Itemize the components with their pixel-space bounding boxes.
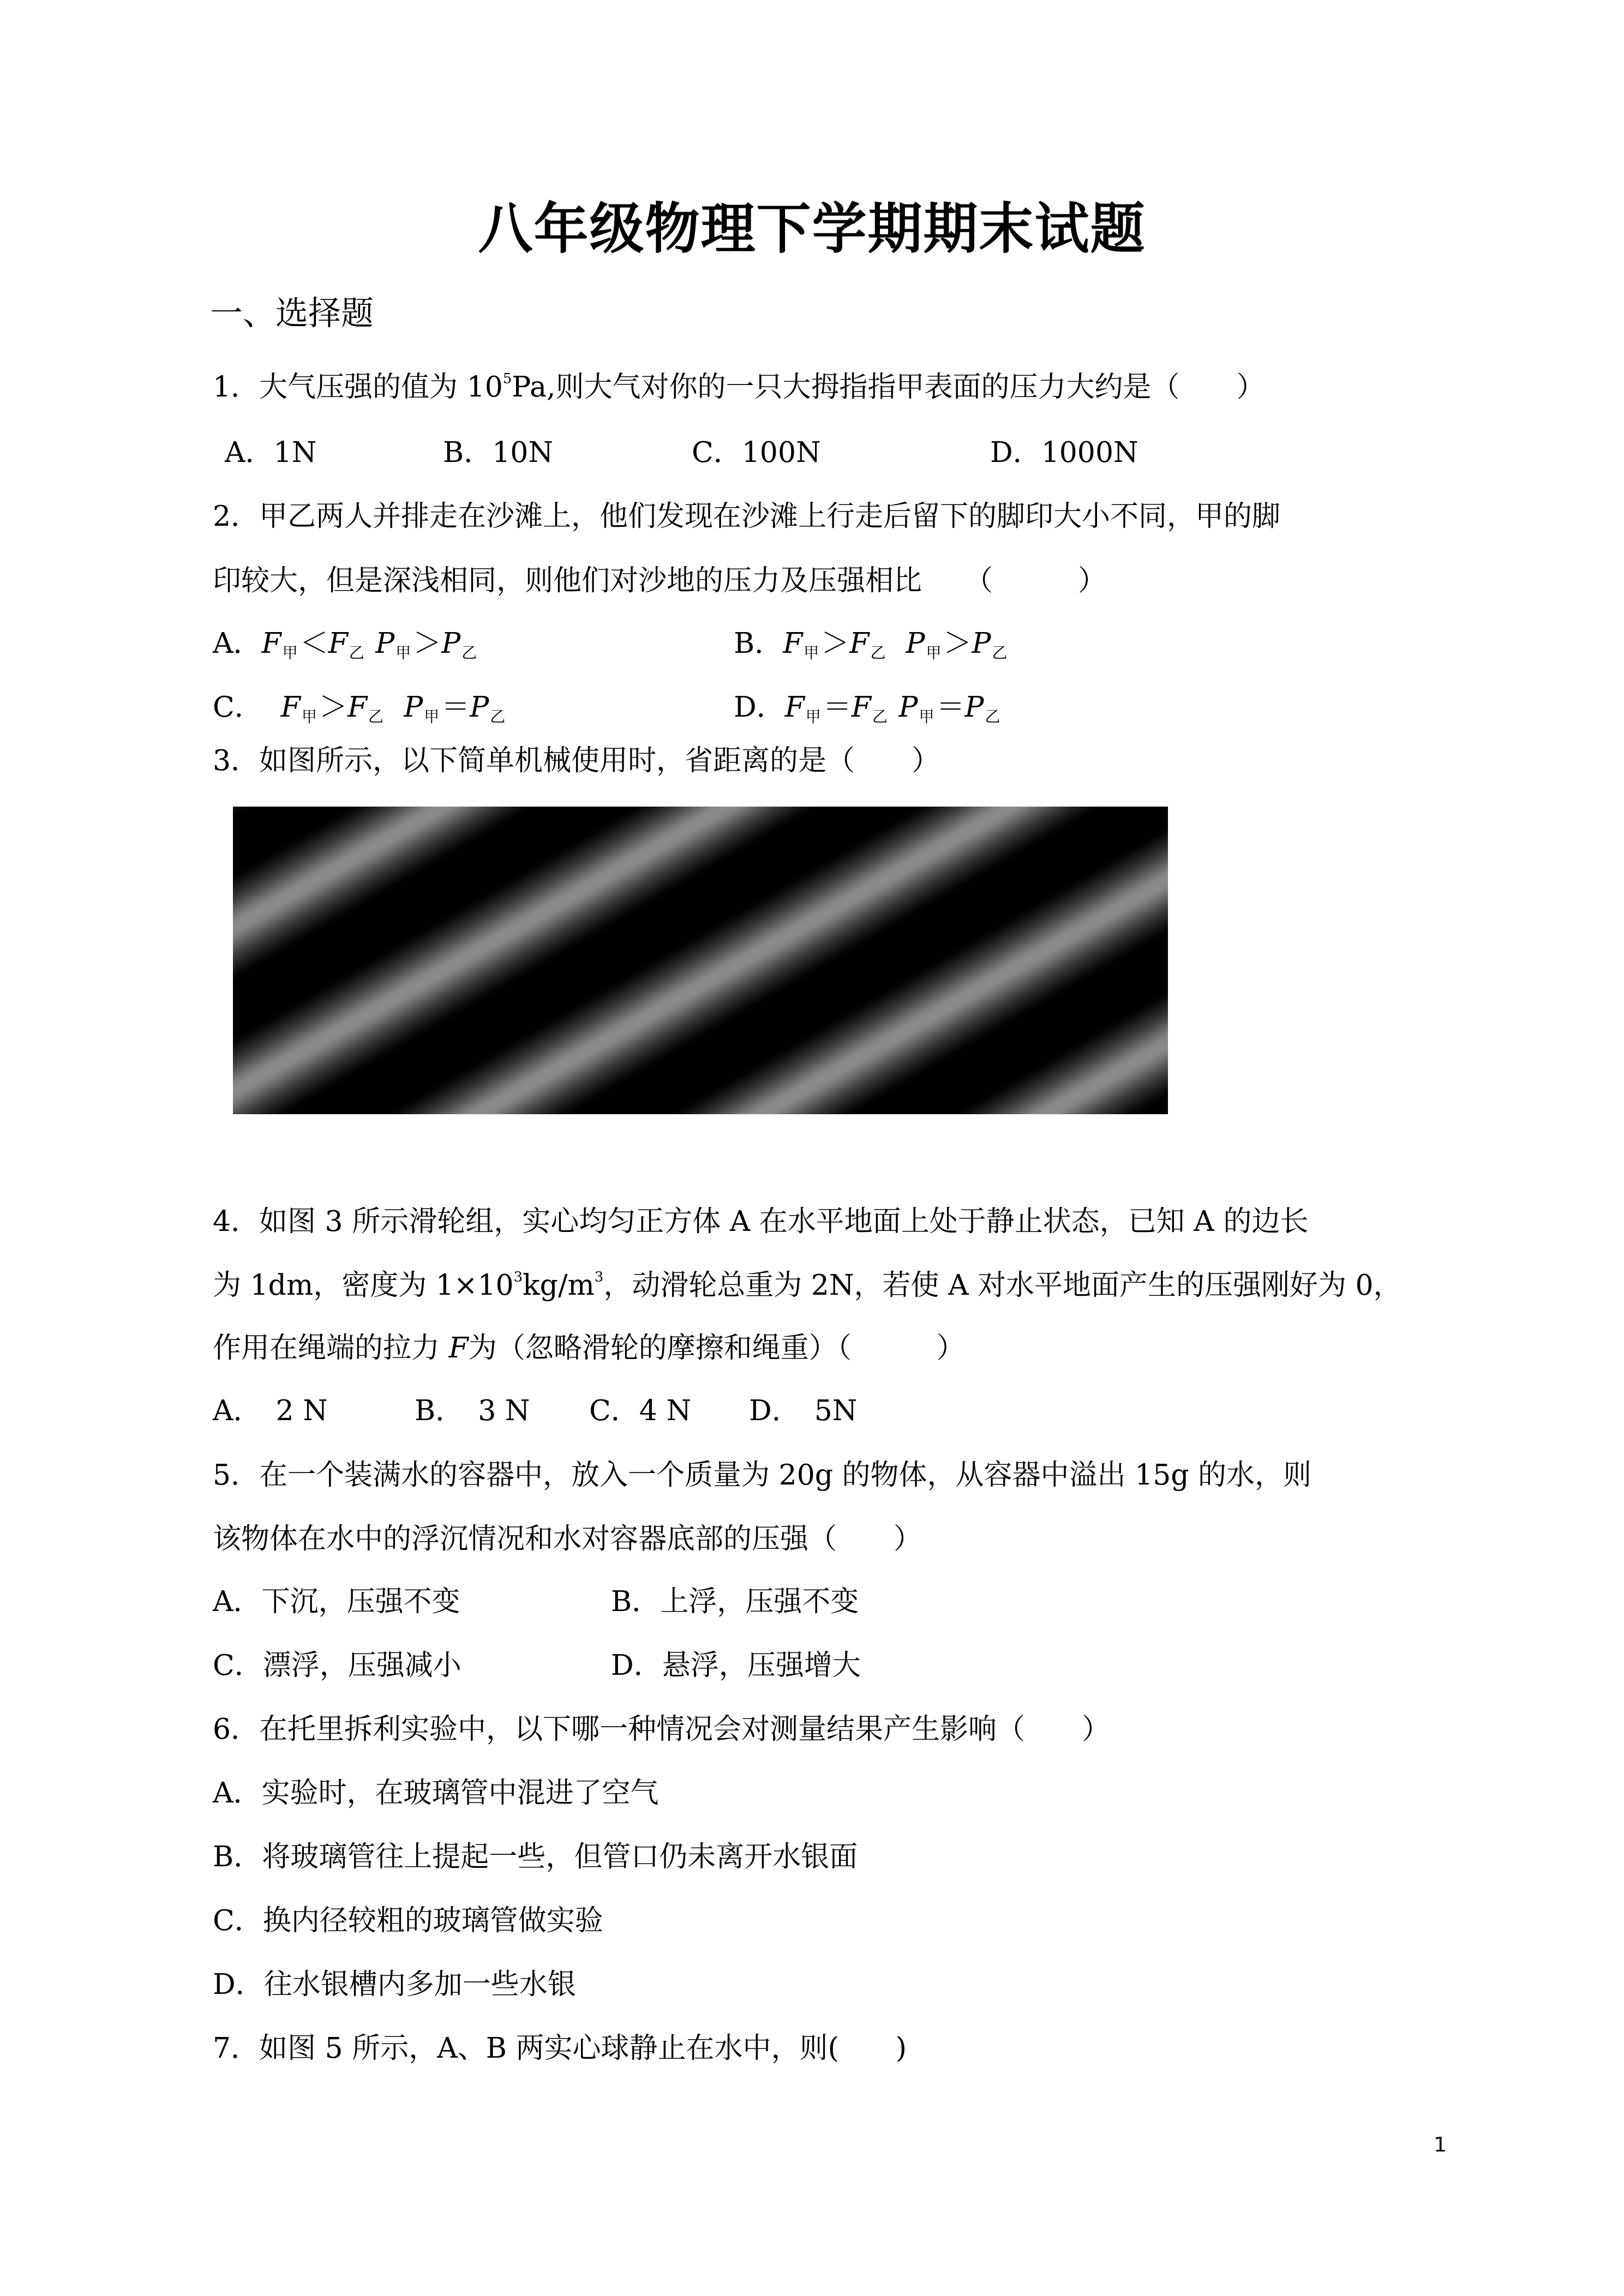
q4-option-c[interactable]: C．4 N <box>589 1392 691 1430</box>
question-5-stem-line-1: 5．在一个装满水的容器中，放入一个质量为 20g 的物体，从容器中溢出 15g … <box>213 1456 1311 1494</box>
q1-option-c[interactable]: C．100N <box>692 434 821 472</box>
section-heading: 一、选择题 <box>210 292 374 335</box>
q4-force-symbol: F <box>449 1332 469 1365</box>
q1-exponent: 5 <box>503 371 512 387</box>
question-4-stem-line-1: 4．如图 3 所示滑轮组，实心均匀正方体 A 在水平地面上处于静止状态，已知 A… <box>213 1203 1308 1241</box>
q4-text-c: 作用在绳端的拉力 <box>213 1332 449 1365</box>
q2-option-c[interactable]: C． F甲＞F乙 P甲＝P乙 <box>213 688 507 726</box>
question-5-stem-line-2: 该物体在水中的浮沉情况和水对容器底部的压强（ ） <box>213 1520 922 1558</box>
q4-unit: kg/m <box>523 1269 595 1302</box>
q2-option-c-prefix: C． <box>213 691 263 724</box>
q5-option-b[interactable]: B．上浮，压强不变 <box>611 1583 859 1621</box>
q4-text-b: ，动滑轮总重为 2N，若使 A 对水平地面产生的压强刚好为 0， <box>603 1269 1401 1302</box>
q1-option-a[interactable]: A．1N <box>225 434 316 472</box>
q6-option-b[interactable]: B．将玻璃管往上提起一些，但管口仍未离开水银面 <box>213 1838 858 1876</box>
figure-placeholder-image <box>233 807 1168 1114</box>
q4-unit-exponent: 3 <box>595 1269 604 1285</box>
q6-option-a[interactable]: A．实验时，在玻璃管中混进了空气 <box>213 1774 659 1812</box>
q4-option-a[interactable]: A． 2 N <box>213 1392 328 1430</box>
question-7-stem: 7．如图 5 所示，A、B 两实心球静止在水中，则( ) <box>213 2029 907 2067</box>
question-2-stem-line-1: 2．甲乙两人并排走在沙滩上，他们发现在沙滩上行走后留下的脚印大小不同，甲的脚 <box>213 497 1280 536</box>
exam-page: 八年级物理下学期期末试题 一、选择题 1．大气压强的值为 105Pa,则大气对你… <box>0 0 1624 2296</box>
q1-text-b: Pa,则大气对你的一只大拇指指甲表面的压力大约是（ ） <box>512 371 1265 404</box>
q2-option-a-prefix: A． <box>213 627 262 660</box>
q5-option-d[interactable]: D．悬浮，压强增大 <box>611 1646 861 1685</box>
question-1-stem: 1．大气压强的值为 105Pa,则大气对你的一只大拇指指甲表面的压力大约是（ ） <box>213 368 1265 406</box>
q5-option-c[interactable]: C．漂浮，压强减小 <box>213 1646 462 1685</box>
question-2-stem-line-2: 印较大，但是深浅相同，则他们对沙地的压力及压强相比 （ ） <box>213 562 1106 600</box>
q4-text-a: 为 1dm，密度为 1×10 <box>213 1269 514 1302</box>
page-title: 八年级物理下学期期末试题 <box>0 194 1624 265</box>
question-3-figure <box>233 807 1168 1114</box>
q2-option-b[interactable]: B．F甲＞F乙 P甲＞P乙 <box>734 624 1010 663</box>
q1-option-d[interactable]: D．1000N <box>990 434 1138 472</box>
q6-option-c[interactable]: C．换内径较粗的玻璃管做实验 <box>213 1902 603 1940</box>
q4-exponent: 3 <box>514 1269 523 1285</box>
q2-option-a[interactable]: A．F甲＜F乙 P甲＞P乙 <box>213 624 479 663</box>
q4-option-d[interactable]: D． 5N <box>749 1392 857 1430</box>
q2-option-b-prefix: B． <box>734 627 783 660</box>
question-4-stem-line-3: 作用在绳端的拉力 F为（忽略滑轮的摩擦和绳重）（ ） <box>213 1329 965 1367</box>
q1-text-a: 1．大气压强的值为 10 <box>213 371 503 404</box>
q4-text-d: 为（忽略滑轮的摩擦和绳重）（ ） <box>469 1332 965 1365</box>
page-number: 1 <box>1434 2131 1447 2157</box>
q6-option-d[interactable]: D．往水银槽内多加一些水银 <box>213 1966 576 2004</box>
q2-option-d[interactable]: D．F甲＝F乙 P甲＝P乙 <box>734 688 1003 726</box>
question-4-stem-line-2: 为 1dm，密度为 1×103kg/m3，动滑轮总重为 2N，若使 A 对水平地… <box>213 1266 1402 1305</box>
q1-option-b[interactable]: B．10N <box>443 434 553 472</box>
q2-option-d-prefix: D． <box>734 691 785 724</box>
question-3-stem: 3．如图所示，以下简单机械使用时，省距离的是（ ） <box>213 742 940 780</box>
question-6-stem: 6．在托里拆利实验中，以下哪一种情况会对测量结果产生影响（ ） <box>213 1710 1110 1748</box>
q5-option-a[interactable]: A．下沉，压强不变 <box>213 1583 460 1621</box>
q4-option-b[interactable]: B． 3 N <box>415 1392 530 1430</box>
